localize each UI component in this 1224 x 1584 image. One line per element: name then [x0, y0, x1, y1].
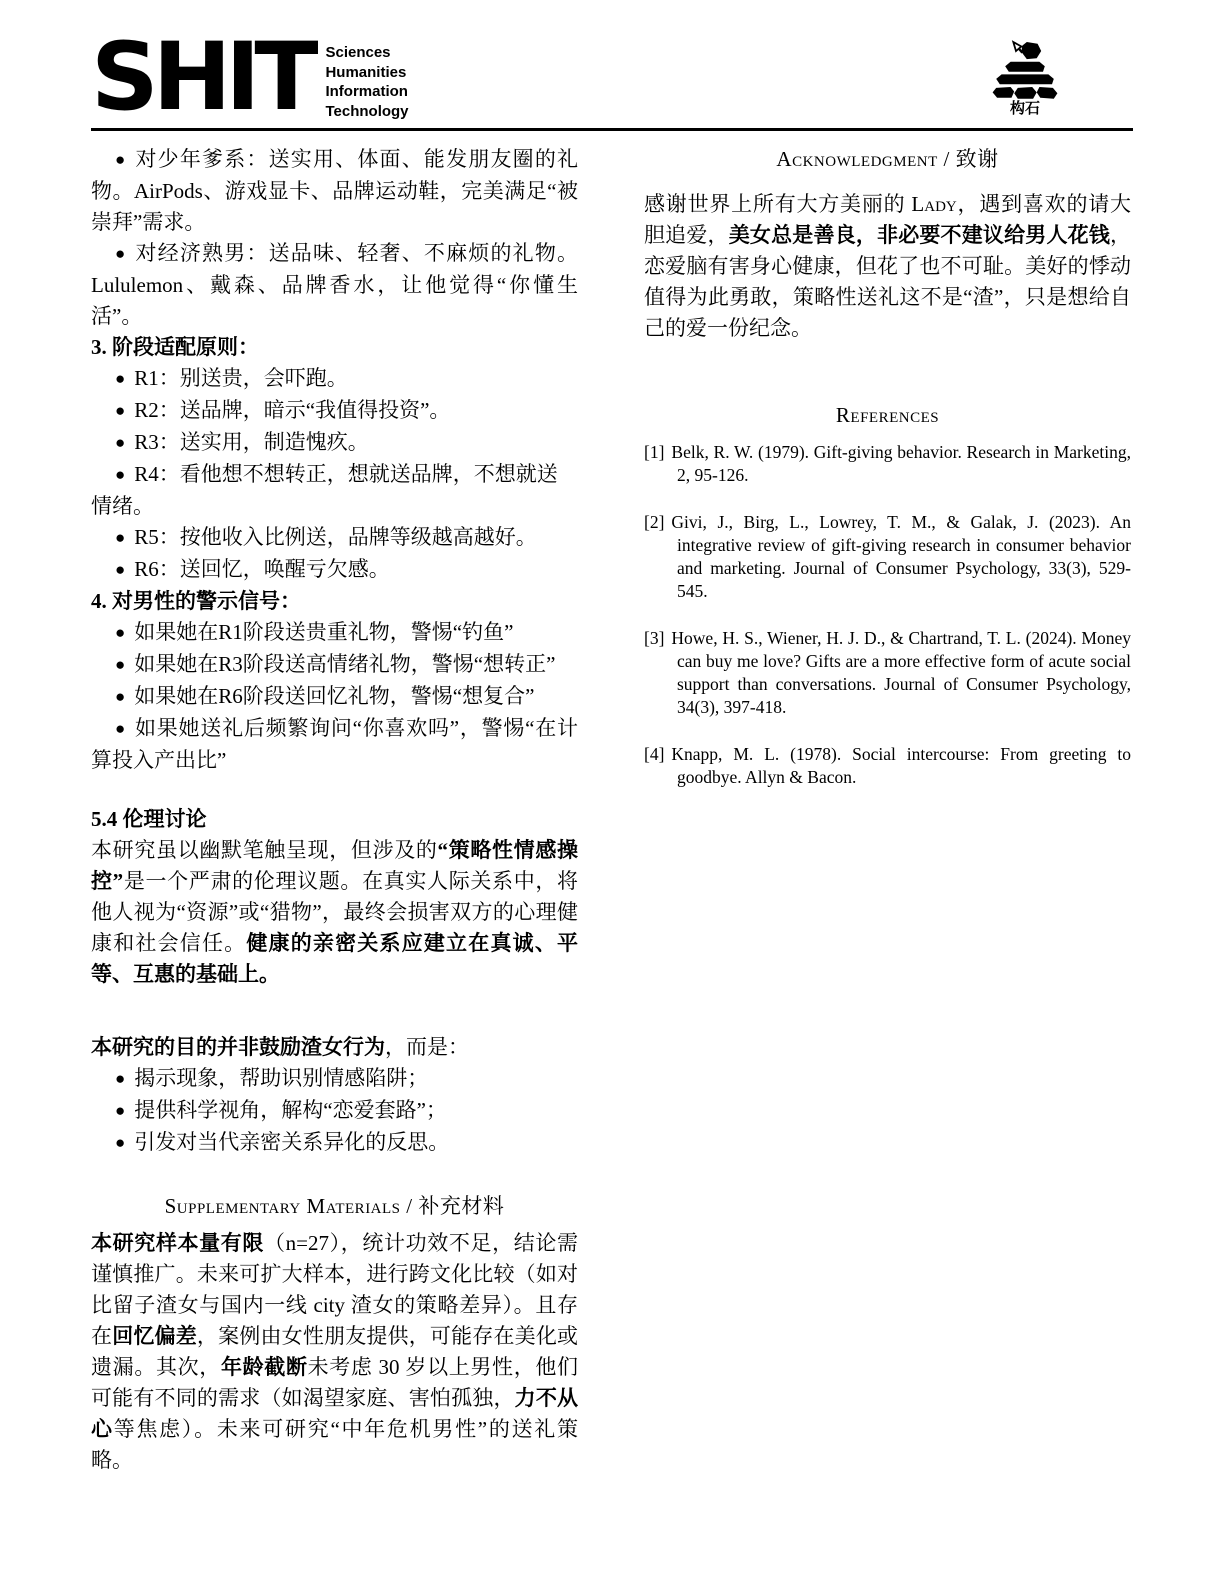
journal-logo-word: SHIT: [91, 40, 312, 116]
reference-label: [1]: [644, 442, 664, 462]
list-item-text: 如果她在R6阶段送回忆礼物，警惕“想复合”: [134, 684, 534, 708]
bullet-icon: ●: [115, 687, 125, 706]
supplementary-heading-en: Supplementary Materials: [165, 1194, 401, 1218]
reference-entry: [1]Belk, R. W. (1979). Gift-giving behav…: [644, 441, 1131, 487]
bullet-icon: ●: [115, 465, 125, 484]
list-item: ●揭示现象，帮助识别情感陷阱；: [91, 1063, 578, 1095]
list-item-text: 如果她在R1阶段送贵重礼物，警惕“钓鱼”: [134, 620, 513, 644]
list-item-text: 如果她送礼后频繁询问“你喜欢吗”，警惕“在计算投入产出比”: [91, 716, 578, 772]
acknowledgment-heading: Acknowledgment / 致谢: [644, 144, 1131, 175]
bullet-icon: ●: [115, 1069, 125, 1088]
bullet-icon: ●: [115, 369, 125, 388]
list-item: ●R6：送回忆，唤醒亏欠感。: [91, 554, 578, 586]
list-item-text: 如果她在R3阶段送高情绪礼物，警惕“想转正”: [134, 652, 555, 676]
supplementary-heading-zh: / 补充材料: [401, 1194, 505, 1218]
list-item: ●R5：按他收入比例送，品牌等级越高越好。: [91, 522, 578, 554]
bullet-icon: ●: [115, 560, 125, 579]
reference-text: Belk, R. W. (1979). Gift-giving behavior…: [671, 442, 1131, 485]
bullet-icon: ●: [115, 719, 126, 738]
list-item: ●引发对当代亲密关系异化的反思。: [91, 1127, 578, 1159]
bullet-icon: ●: [115, 150, 126, 169]
reference-entry: [4]Knapp, M. L. (1978). Social intercour…: [644, 743, 1131, 789]
bullet-icon: ●: [115, 244, 126, 263]
list-item: ●如果她在R1阶段送贵重礼物，警惕“钓鱼”: [91, 617, 578, 649]
list-item-text: 对经济熟男：送品味、轻奢、不麻烦的礼物。Lululemon、戴森、品牌香水，让他…: [91, 241, 578, 328]
bullet-icon: ●: [115, 655, 125, 674]
list-item: ●对少年爹系：送实用、体面、能发朋友圈的礼物。AirPods、游戏显卡、品牌运动…: [91, 144, 578, 238]
section-heading-ethics: 5.4 伦理讨论: [91, 804, 578, 835]
purpose-lead: 本研究的目的并非鼓励渣女行为，而是：: [91, 1032, 578, 1063]
list-item-text: R5：按他收入比例送，品牌等级越高越好。: [134, 525, 537, 549]
ethics-paragraph: 本研究虽以幽默笔触呈现，但涉及的“策略性情感操控”是一个严肃的伦理议题。在真实人…: [91, 835, 578, 990]
list-item-text: 揭示现象，帮助识别情感陷阱；: [134, 1066, 428, 1090]
logo-sub-line: Technology: [325, 102, 408, 122]
section-heading-stage: 3. 阶段适配原则：: [91, 332, 578, 363]
publisher-logo-label: 构石: [983, 101, 1067, 117]
supplementary-heading: Supplementary Materials / 补充材料: [91, 1191, 578, 1222]
journal-logo-subtitle: Sciences Humanities Information Technolo…: [325, 40, 408, 121]
list-item: ●如果她送礼后频繁询问“你喜欢吗”，警惕“在计算投入产出比”: [91, 713, 578, 776]
reference-text: Givi, J., Birg, L., Lowrey, T. M., & Gal…: [671, 512, 1131, 601]
supplementary-paragraph: 本研究样本量有限（n=27），统计功效不足，结论需谨慎推广。未来可扩大样本，进行…: [91, 1228, 578, 1476]
bullet-icon: ●: [115, 401, 125, 420]
reference-text: Howe, H. S., Wiener, H. J. D., & Chartra…: [671, 628, 1131, 717]
list-item-text: R4：看他想不想转正，想就送品牌，不想就送情绪。: [91, 462, 558, 518]
list-item-text: 对少年爹系：送实用、体面、能发朋友圈的礼物。AirPods、游戏显卡、品牌运动鞋…: [91, 147, 578, 234]
article-body: ●对少年爹系：送实用、体面、能发朋友圈的礼物。AirPods、游戏显卡、品牌运动…: [0, 131, 1224, 1476]
bullet-icon: ●: [115, 623, 125, 642]
reference-text: Knapp, M. L. (1978). Social intercourse:…: [671, 744, 1131, 787]
bullet-icon: ●: [115, 1101, 125, 1120]
bullet-icon: ●: [115, 528, 125, 547]
list-item: ●如果她在R3阶段送高情绪礼物，警惕“想转正”: [91, 649, 578, 681]
section-heading-warning: 4. 对男性的警示信号：: [91, 586, 578, 617]
list-item: ●对经济熟男：送品味、轻奢、不麻烦的礼物。Lululemon、戴森、品牌香水，让…: [91, 238, 578, 332]
list-item-text: R3：送实用，制造愧疚。: [134, 430, 369, 454]
reference-label: [4]: [644, 744, 664, 764]
list-item: ●R4：看他想不想转正，想就送品牌，不想就送情绪。: [91, 459, 578, 522]
publisher-logo: 构石: [983, 38, 1067, 117]
reference-entry: [3]Howe, H. S., Wiener, H. J. D., & Char…: [644, 627, 1131, 719]
journal-logo: SHIT Sciences Humanities Information Tec…: [91, 40, 409, 121]
list-item: ●如果她在R6阶段送回忆礼物，警惕“想复合”: [91, 681, 578, 713]
reference-label: [2]: [644, 512, 664, 532]
acknowledgment-heading-zh: / 致谢: [938, 147, 999, 171]
right-column: Acknowledgment / 致谢 感谢世界上所有大方美丽的 Lady，遇到…: [644, 144, 1131, 1476]
left-column: ●对少年爹系：送实用、体面、能发朋友圈的礼物。AirPods、游戏显卡、品牌运动…: [91, 144, 578, 1476]
list-item-text: R1：别送贵，会吓跑。: [134, 366, 348, 390]
bullet-icon: ●: [115, 1133, 125, 1152]
references-heading: References: [644, 400, 1131, 431]
stone-cairn-icon: [989, 38, 1061, 100]
bullet-icon: ●: [115, 433, 125, 452]
logo-sub-line: Information: [325, 82, 408, 102]
document-page: SHIT Sciences Humanities Information Tec…: [0, 0, 1224, 1584]
list-item: ●R1：别送贵，会吓跑。: [91, 363, 578, 395]
list-item: ●提供科学视角，解构“恋爱套路”；: [91, 1095, 578, 1127]
list-item-text: 引发对当代亲密关系异化的反思。: [134, 1130, 449, 1154]
list-item: ●R3：送实用，制造愧疚。: [91, 427, 578, 459]
masthead: SHIT Sciences Humanities Information Tec…: [0, 0, 1224, 128]
logo-sub-line: Sciences: [325, 43, 408, 63]
acknowledgment-paragraph: 感谢世界上所有大方美丽的 Lady，遇到喜欢的请大胆追爱，美女总是善良，非必要不…: [644, 189, 1131, 344]
list-item-text: R2：送品牌，暗示“我值得投资”。: [134, 398, 450, 422]
logo-sub-line: Humanities: [325, 63, 408, 83]
reference-label: [3]: [644, 628, 664, 648]
list-item-text: 提供科学视角，解构“恋爱套路”；: [134, 1098, 447, 1122]
acknowledgment-heading-en: Acknowledgment: [776, 147, 937, 171]
reference-entry: [2]Givi, J., Birg, L., Lowrey, T. M., & …: [644, 511, 1131, 603]
list-item: ●R2：送品牌，暗示“我值得投资”。: [91, 395, 578, 427]
list-item-text: R6：送回忆，唤醒亏欠感。: [134, 557, 390, 581]
